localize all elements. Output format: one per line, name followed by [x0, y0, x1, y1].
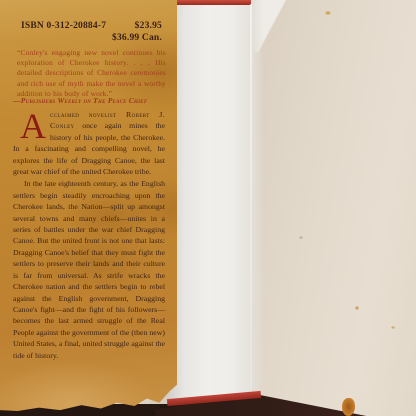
jacket-flap-content: ISBN 0-312-20884-7 $23.95 $36.99 Can. “C… [0, 0, 177, 410]
jacket-red-edge-top [174, 0, 251, 5]
synopsis-paragraph-1: Acclaimed novelist Robert J. Conley once… [13, 109, 165, 177]
synopsis: Acclaimed novelist Robert J. Conley once… [13, 109, 165, 361]
synopsis-paragraph-2: In the late eighteenth century, as the E… [13, 178, 165, 361]
review-quote: “Conley's engaging new novel continues h… [17, 48, 166, 99]
isbn-label: ISBN 0-312-20884-7 [21, 21, 106, 31]
stain-spot [355, 306, 359, 310]
review-attribution: —Publishers Weekly on The Peace Chief [13, 96, 169, 105]
page-edge-crease [250, 4, 252, 404]
stain-spot [325, 11, 331, 15]
isbn-price-row: ISBN 0-312-20884-7 $23.95 [21, 21, 162, 31]
book-photo: ISBN 0-312-20884-7 $23.95 $36.99 Can. “C… [0, 0, 416, 416]
price-can: $36.99 Can. [21, 33, 162, 43]
dropcap: A [13, 109, 50, 141]
stain-spot [391, 326, 395, 329]
price-us: $23.95 [135, 21, 162, 31]
stain-spot [299, 236, 303, 239]
